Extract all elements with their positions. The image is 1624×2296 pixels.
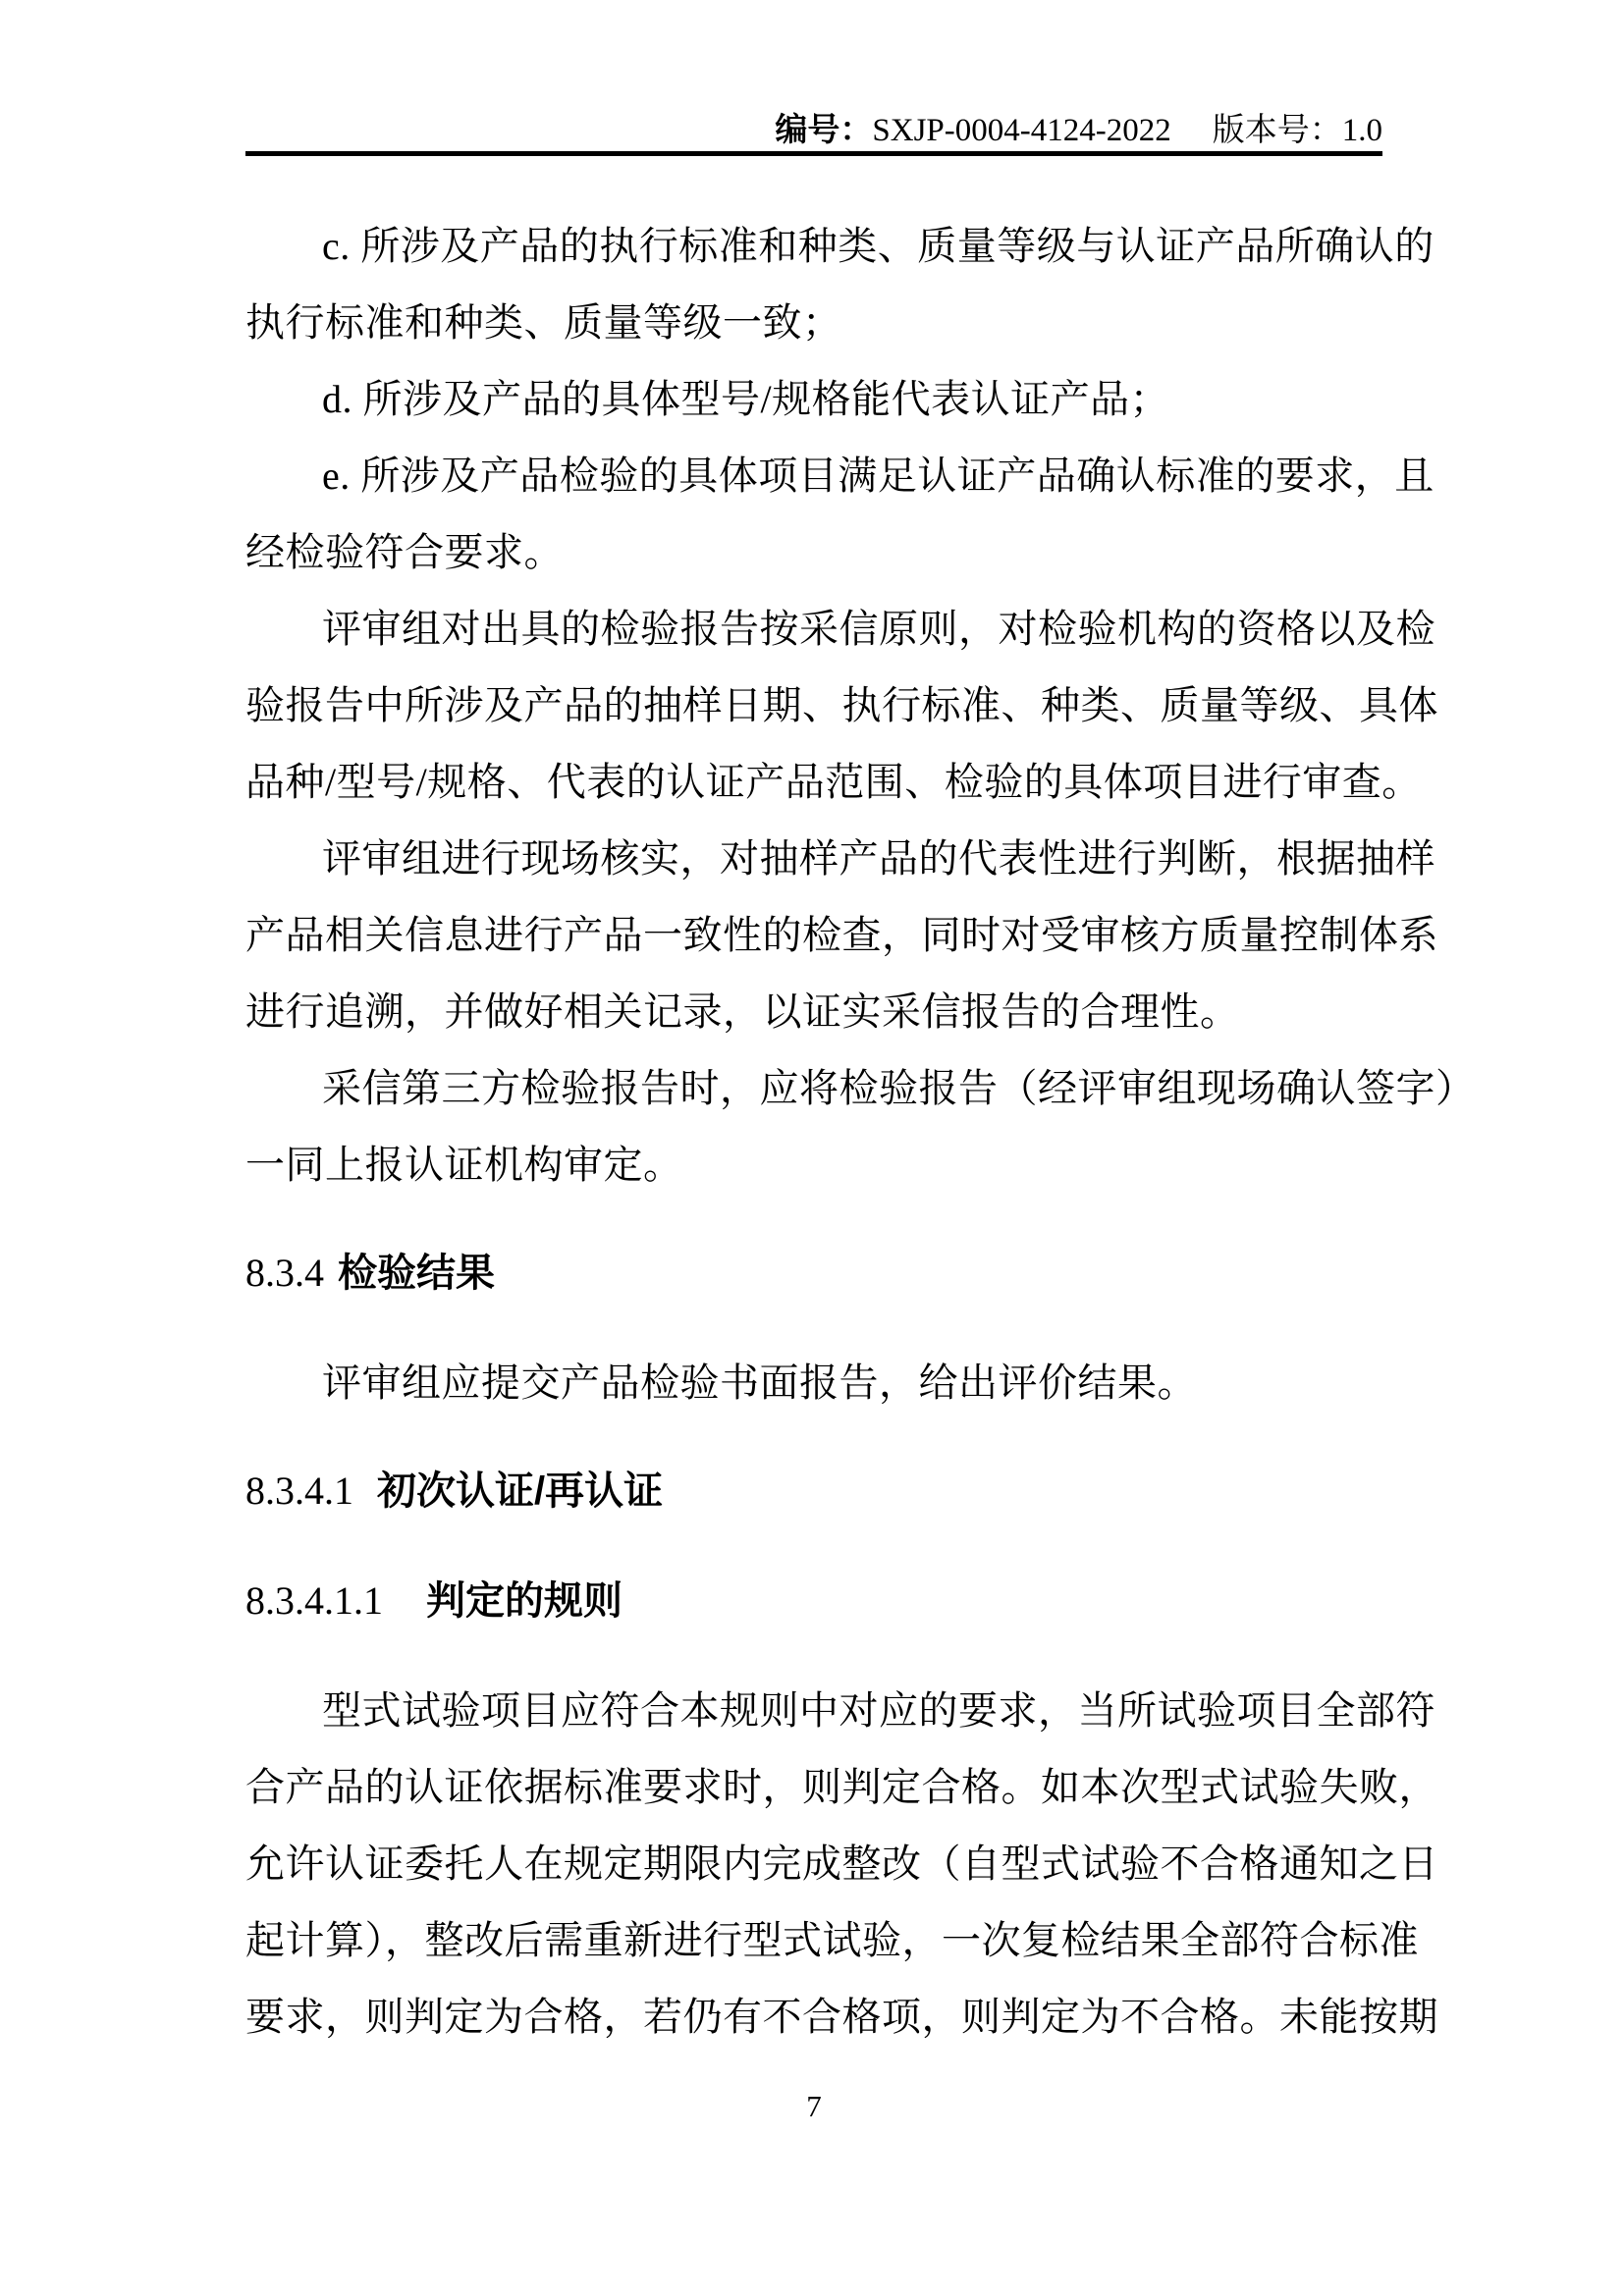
text-line: 评审组对出具的检验报告按采信原则，对检验机构的资格以及检 [245, 591, 1382, 667]
text-line: e. 所涉及产品检验的具体项目满足认证产品确认标准的要求，且 [245, 438, 1382, 514]
paragraph: 评审组进行现场核实，对抽样产品的代表性进行判断，根据抽样产品相关信息进行产品一致… [245, 821, 1382, 1050]
text-line: 要求，则判定为合格，若仍有不合格项，则判定为不合格。未能按期 [245, 1979, 1382, 2056]
heading-title: 检验结果 [338, 1252, 495, 1295]
text-line: c. 所涉及产品的执行标准和种类、质量等级与认证产品所确认的 [245, 208, 1382, 285]
text-line: 合产品的认证依据标准要求时，则判定合格。如本次型式试验失败， [245, 1749, 1382, 1826]
text-line: 型式试验项目应符合本规则中对应的要求，当所试验项目全部符 [245, 1673, 1382, 1749]
section-heading: 8.3.4.1.1 判定的规则 [245, 1563, 1382, 1639]
section-heading: 8.3.4.1 初次认证/再认证 [245, 1453, 1382, 1529]
paragraph: e. 所涉及产品检验的具体项目满足认证产品确认标准的要求，且经检验符合要求。 [245, 438, 1382, 591]
doc-code-value: SXJP-0004-4124-2022 [872, 113, 1170, 148]
paragraph: d. 所涉及产品的具体型号/规格能代表认证产品； [245, 361, 1382, 438]
heading-number: 8.3.4 [245, 1251, 324, 1295]
text-line: 产品相关信息进行产品一致性的检查，同时对受审核方质量控制体系 [245, 897, 1382, 974]
document-header: 编号：SXJP-0004-4124-2022版本号：1.0 [0, 110, 1382, 150]
document-page: 编号：SXJP-0004-4124-2022版本号：1.0 c. 所涉及产品的执… [0, 0, 1624, 2296]
text-line: 起计算），整改后需重新进行型式试验，一次复检结果全部符合标准 [245, 1902, 1382, 1979]
text-line: d. 所涉及产品的具体型号/规格能代表认证产品； [245, 361, 1382, 438]
text-line: 验报告中所涉及产品的抽样日期、执行标准、种类、质量等级、具体 [245, 667, 1382, 744]
paragraph: 评审组应提交产品检验书面报告，给出评价结果。 [245, 1345, 1382, 1421]
paragraph: c. 所涉及产品的执行标准和种类、质量等级与认证产品所确认的执行标准和种类、质量… [245, 208, 1382, 361]
text-line: 评审组应提交产品检验书面报告，给出评价结果。 [245, 1345, 1382, 1421]
doc-version-label: 版本号： [1213, 113, 1342, 148]
header-rule [245, 151, 1382, 156]
text-line: 一同上报认证机构审定。 [245, 1127, 1382, 1203]
text-line: 品种/型号/规格、代表的认证产品范围、检验的具体项目进行审查。 [245, 744, 1382, 821]
text-line: 进行追溯，并做好相关记录，以证实采信报告的合理性。 [245, 974, 1382, 1050]
text-line: 执行标准和种类、质量等级一致； [245, 285, 1382, 361]
paragraph: 采信第三方检验报告时，应将检验报告（经评审组现场确认签字）一同上报认证机构审定。 [245, 1050, 1382, 1203]
page-number: 7 [245, 2089, 1382, 2124]
text-line: 经检验符合要求。 [245, 514, 1382, 591]
document-body: c. 所涉及产品的执行标准和种类、质量等级与认证产品所确认的执行标准和种类、质量… [245, 208, 1382, 2056]
text-line: 允许认证委托人在规定期限内完成整改（自型式试验不合格通知之日 [245, 1826, 1382, 1902]
heading-title: 判定的规则 [426, 1579, 623, 1623]
doc-version-value: 1.0 [1342, 113, 1382, 148]
section-heading: 8.3.4检验结果 [245, 1235, 1382, 1311]
heading-title: 初次认证/再认证 [377, 1469, 663, 1513]
doc-code-label: 编号： [775, 111, 872, 147]
heading-number: 8.3.4.1 [245, 1468, 363, 1513]
text-line: 采信第三方检验报告时，应将检验报告（经评审组现场确认签字） [245, 1050, 1382, 1127]
paragraph: 型式试验项目应符合本规则中对应的要求，当所试验项目全部符合产品的认证依据标准要求… [245, 1673, 1382, 2056]
text-line: 评审组进行现场核实，对抽样产品的代表性进行判断，根据抽样 [245, 821, 1382, 897]
heading-number: 8.3.4.1.1 [245, 1578, 412, 1623]
paragraph: 评审组对出具的检验报告按采信原则，对检验机构的资格以及检验报告中所涉及产品的抽样… [245, 591, 1382, 821]
